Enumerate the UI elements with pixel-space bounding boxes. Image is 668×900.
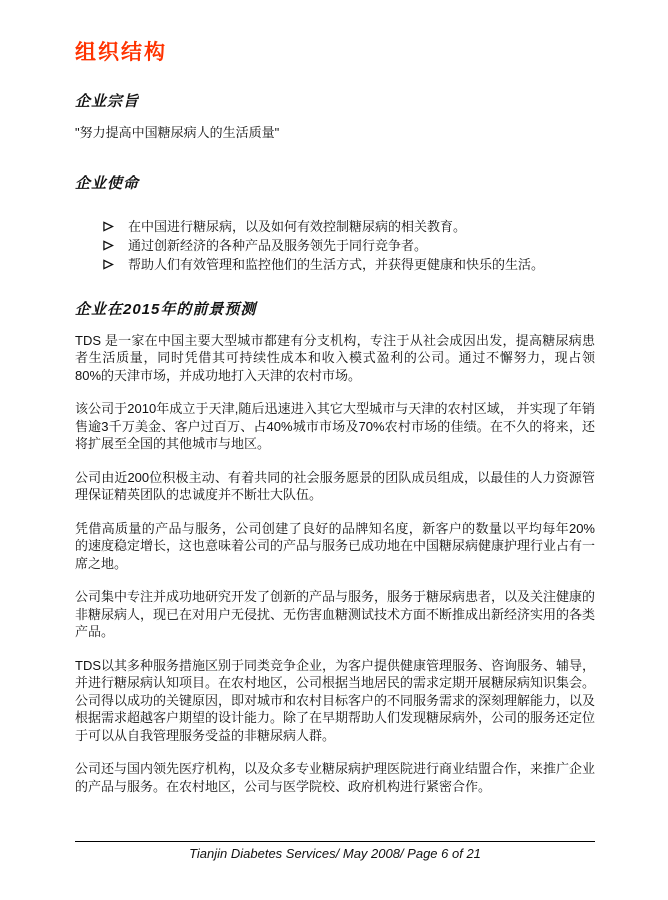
bullet-text: 在中国进行糖尿病，以及如何有效控制糖尿病的相关教育。	[128, 217, 466, 236]
bullet-text: 帮助人们有效管理和监控他们的生活方式，并获得更健康和快乐的生活。	[128, 255, 544, 274]
arrowhead-bullet-icon	[103, 259, 114, 270]
page-footer: Tianjin Diabetes Services/ May 2008/ Pag…	[75, 841, 595, 861]
paragraph: TDS以其多种服务措施区别于同类竞争企业，为客户提供健康管理服务、咨询服务、辅导…	[75, 657, 595, 745]
mission-bullet-list: 在中国进行糖尿病，以及如何有效控制糖尿病的相关教育。 通过创新经济的各种产品及服…	[75, 217, 595, 274]
arrowhead-bullet-icon	[103, 240, 114, 251]
section-heading-mission: 企业使命	[75, 172, 595, 193]
paragraph: 公司还与国内领先医疗机构，以及众多专业糖尿病护理医院进行商业结盟合作，来推广企业…	[75, 760, 595, 795]
bullet-text: 通过创新经济的各种产品及服务领先于同行竞争者。	[128, 236, 427, 255]
arrowhead-bullet-icon	[103, 221, 114, 232]
section-heading-outlook: 企业在2015年的前景预测	[75, 298, 595, 319]
paragraph: 公司集中专注并成功地研究开发了创新的产品与服务，服务于糖尿病患者，以及关注健康的…	[75, 588, 595, 641]
paragraph: 公司由近200位积极主动、有着共同的社会服务愿景的团队成员组成，以最佳的人力资源…	[75, 469, 595, 504]
list-item: 帮助人们有效管理和监控他们的生活方式，并获得更健康和快乐的生活。	[103, 255, 595, 274]
page-title: 组织结构	[75, 36, 595, 66]
paragraph: 凭借高质量的产品与服务，公司创建了良好的品牌知名度，新客户的数量以平均每年20%…	[75, 520, 595, 573]
footer-text: Tianjin Diabetes Services/ May 2008/ Pag…	[189, 846, 481, 861]
paragraph: TDS 是一家在中国主要大型城市都建有分支机构，专注于从社会成因出发，提高糖尿病…	[75, 332, 595, 385]
paragraph: 该公司于2010年成立于天津,随后迅速进入其它大型城市与天津的农村区域， 并实现…	[75, 400, 595, 453]
list-item: 通过创新经济的各种产品及服务领先于同行竞争者。	[103, 236, 595, 255]
purpose-quote: "努力提高中国糖尿病人的生活质量"	[75, 124, 595, 142]
section-heading-purpose: 企业宗旨	[75, 90, 595, 111]
list-item: 在中国进行糖尿病，以及如何有效控制糖尿病的相关教育。	[103, 217, 595, 236]
document-page: 组织结构 企业宗旨 "努力提高中国糖尿病人的生活质量" 企业使命 在中国进行糖尿…	[0, 0, 668, 900]
